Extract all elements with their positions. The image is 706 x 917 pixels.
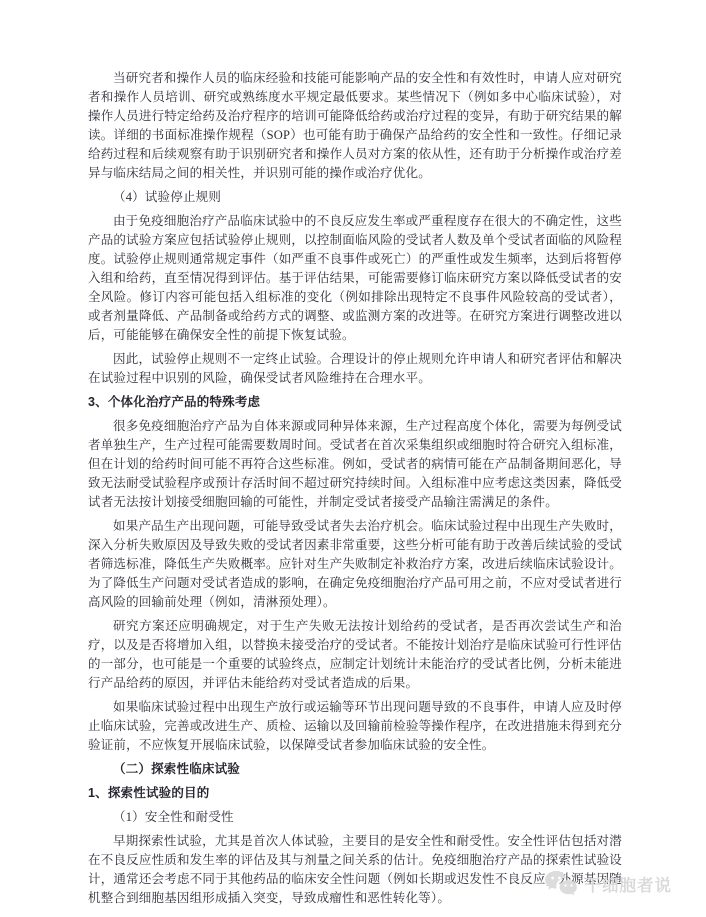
paragraph: 当研究者和操作人员的临床经验和技能可能影响产品的安全性和有效性时，申请人应对研究… <box>88 69 622 183</box>
subsection-heading: （1）安全性和耐受性 <box>88 808 622 827</box>
document-content: 当研究者和操作人员的临床经验和技能可能影响产品的安全性和有效性时，申请人应对研究… <box>88 69 622 913</box>
watermark-label: 干细胞者说 <box>585 872 673 896</box>
wechat-icon <box>544 870 578 898</box>
document-page: 当研究者和操作人员的临床经验和技能可能影响产品的安全性和有效性时，申请人应对研究… <box>0 0 706 917</box>
watermark: 干细胞者说 <box>544 870 673 898</box>
paragraph: 早期探索性试验，尤其是首次人体试验，主要目的是安全性和耐受性。安全性评估包括对潜… <box>88 832 622 908</box>
paragraph: 由于免疫细胞治疗产品临床试验中的不良反应发生率或严重程度存在很大的不确定性，这些… <box>88 212 622 345</box>
paragraph: 因此，试验停止规则不一定终止试验。合理设计的停止规则允许申请人和研究者评估和解决… <box>88 350 622 388</box>
paragraph: 很多免疫细胞治疗产品为自体来源或同种异体来源，生产过程高度个体化，需要为每例受试… <box>88 417 622 512</box>
section-heading: 3、个体化治疗产品的特殊考虑 <box>88 393 622 412</box>
section-heading: 1、探索性试验的目的 <box>88 784 622 803</box>
paragraph: 如果产品生产出现问题，可能导致受试者失去治疗机会。临床试验过程中出现生产失败时，… <box>88 517 622 612</box>
subsection-heading: （4）试验停止规则 <box>88 188 622 207</box>
paragraph: 研究方案还应明确规定，对于生产失败无法按计划给药的受试者，是否再次尝试生产和治疗… <box>88 617 622 693</box>
paragraph: 如果临床试验过程中出现生产放行或运输等环节出现问题导致的不良事件，申请人应及时停… <box>88 698 622 755</box>
section-heading: （二）探索性临床试验 <box>88 760 622 779</box>
